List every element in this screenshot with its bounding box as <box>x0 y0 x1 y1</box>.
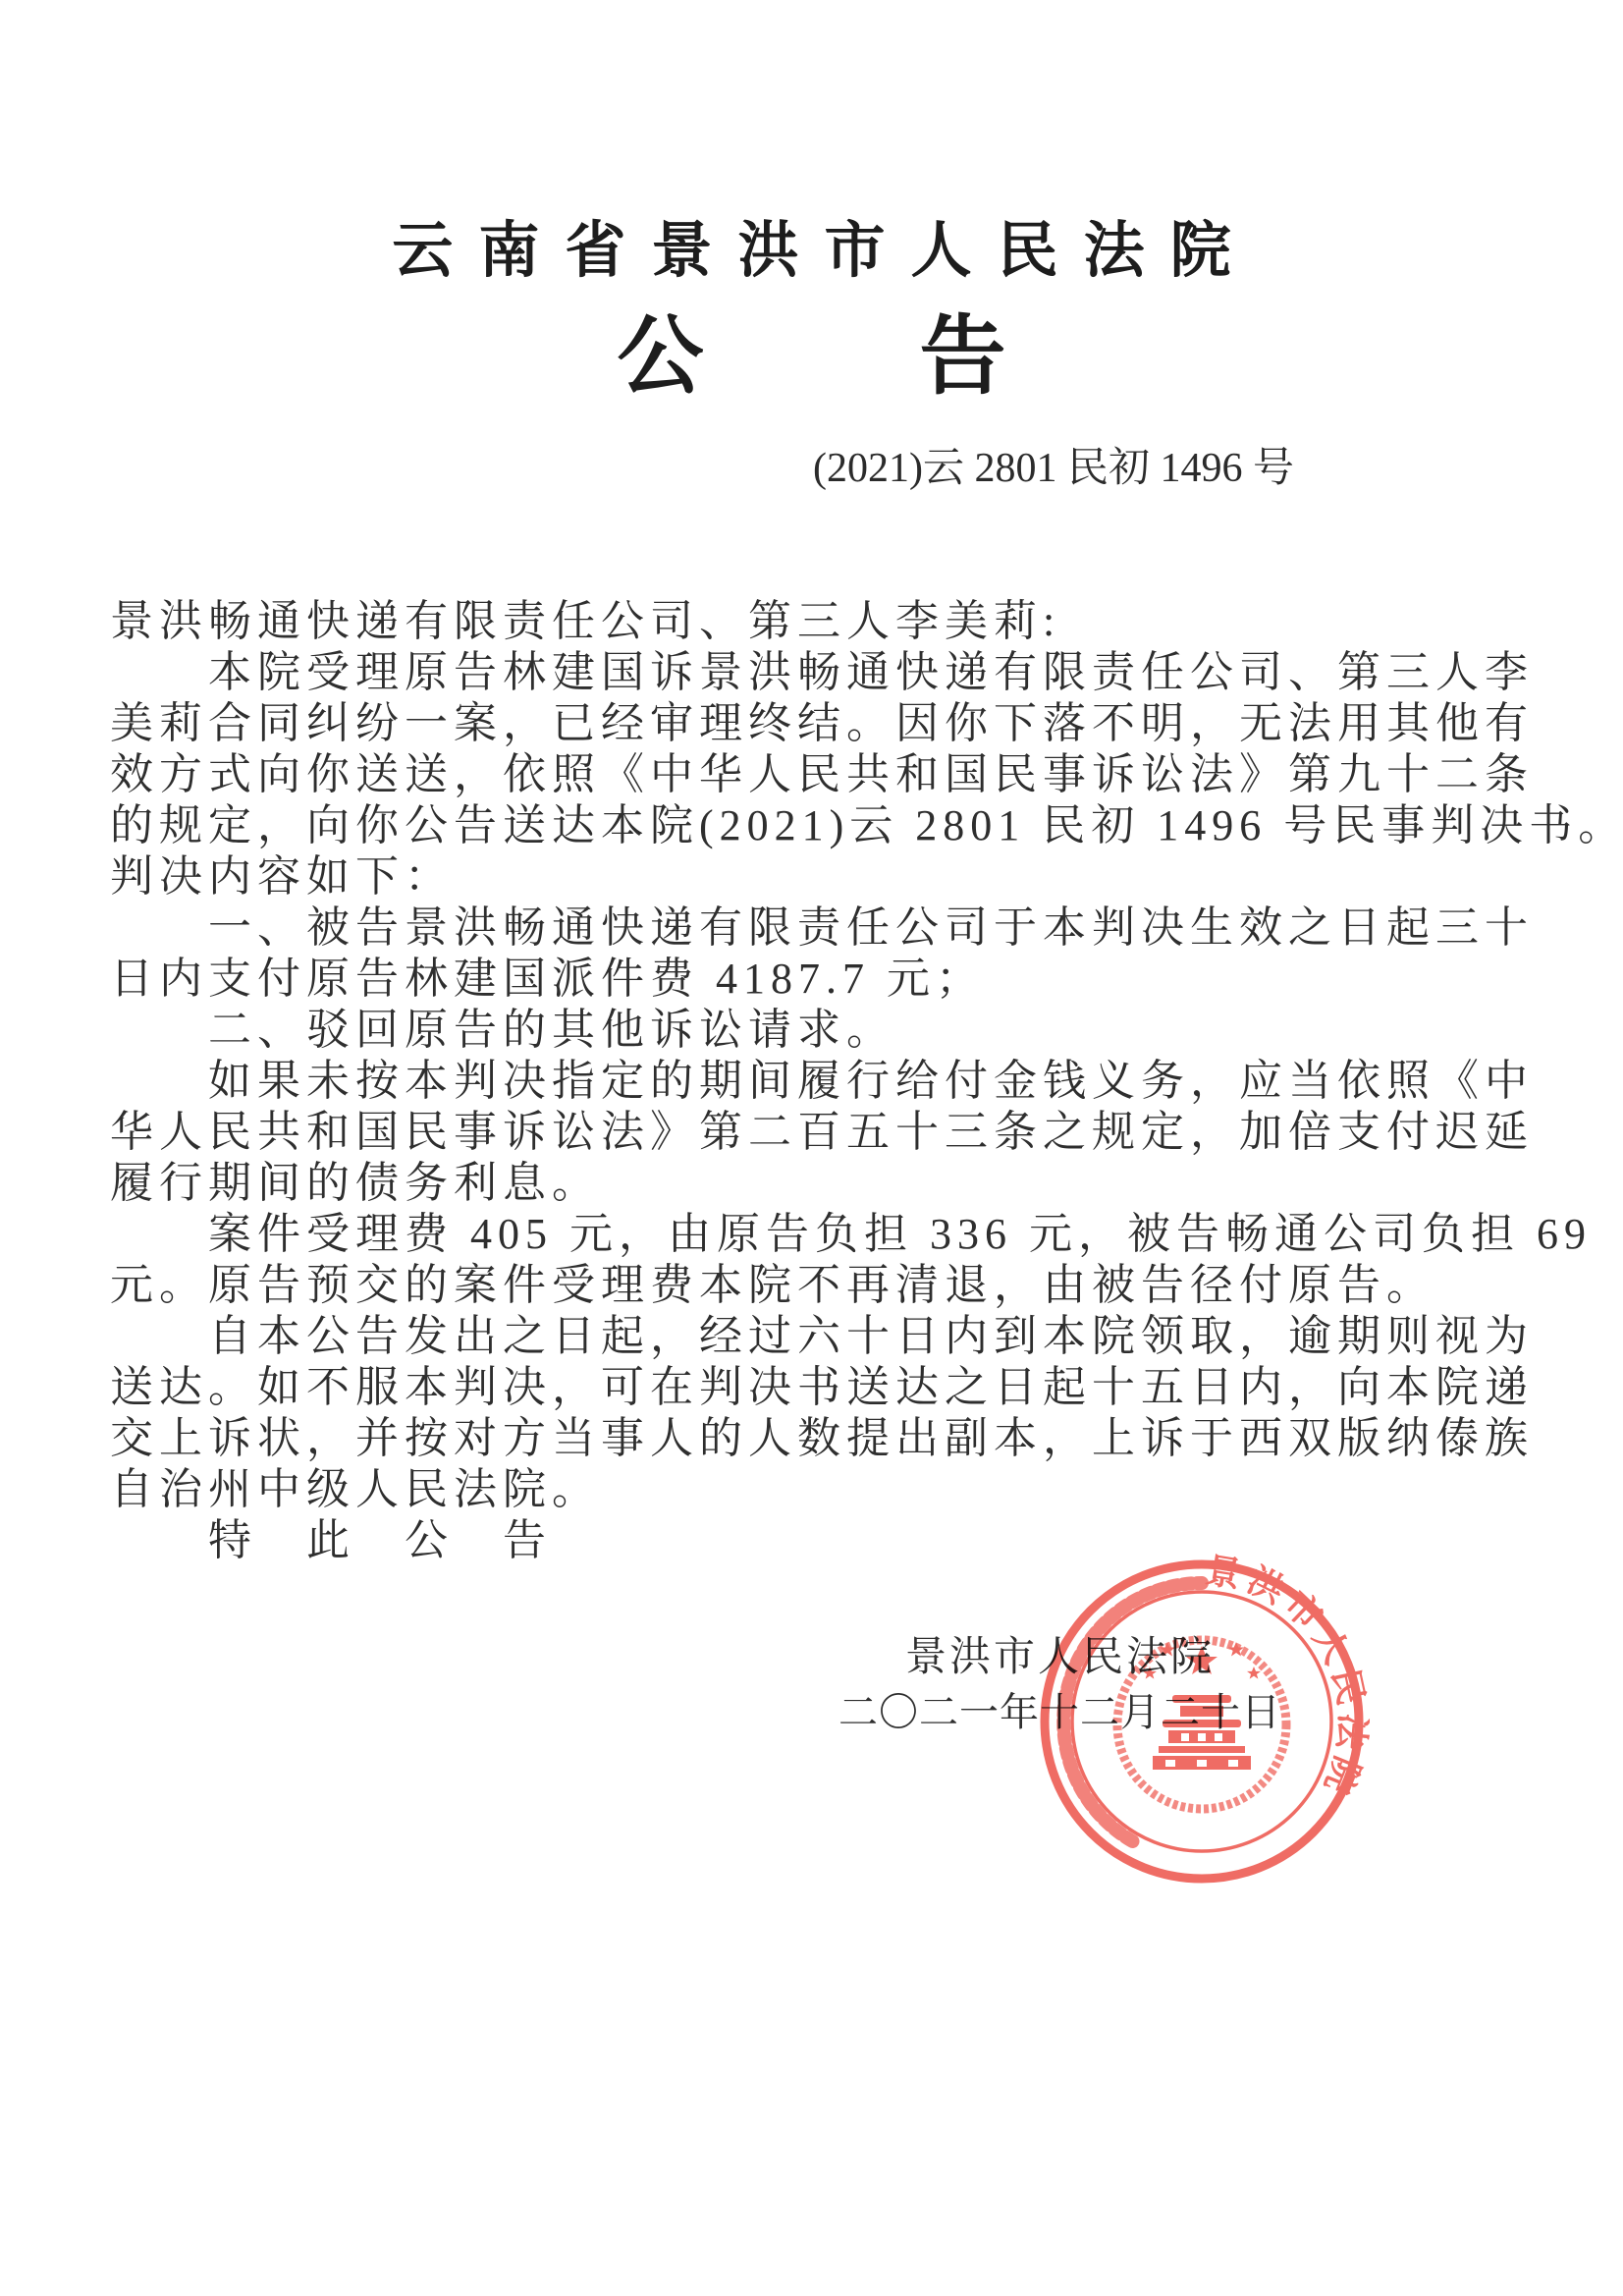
body-line: 送达。如不服本判决，可在判决书送达之日起十五日内，向本院递 <box>110 1362 1543 1413</box>
body-line: 二、驳回原告的其他诉讼请求。 <box>110 1005 1543 1056</box>
body-line: 自本公告发出之日起，经过六十日内到本院领取，逾期则视为 <box>110 1311 1543 1362</box>
body-line: 效方式向你送送，依照《中华人民共和国民事诉讼法》第九十二条 <box>110 749 1543 800</box>
body-line: 自治州中级人民法院。 <box>110 1464 1543 1515</box>
signature-court-name: 景洪市人民法院 <box>839 1630 1281 1685</box>
signature-block: 景洪市人民法院 二〇二一年十二月二十日 <box>839 1630 1281 1740</box>
doc-type-heading: 公 告 <box>0 288 1623 411</box>
body-line: 美莉合同纠纷一案，已经审理终结。因你下落不明，无法用其他有 <box>110 698 1543 749</box>
body-line: 华人民共和国民事诉讼法》第二百五十三条之规定，加倍支付迟延 <box>110 1107 1543 1158</box>
body-line: 景洪畅通快递有限责任公司、第三人李美莉: <box>110 596 1543 647</box>
body-line: 本院受理原告林建国诉景洪畅通快递有限责任公司、第三人李 <box>110 647 1543 698</box>
body-line: 日内支付原告林建国派件费 4187.7 元； <box>110 954 1543 1005</box>
body-line: 一、被告景洪畅通快递有限责任公司于本判决生效之日起三十 <box>110 902 1543 954</box>
case-number: (2021)云 2801 民初 1496 号 <box>813 435 1294 494</box>
body-line: 特 此 公 告 <box>110 1515 1543 1566</box>
signature-date: 二〇二一年十二月二十日 <box>839 1685 1281 1740</box>
body-line: 的规定，向你公告送达本院(2021)云 2801 民初 1496 号民事判决书。 <box>110 800 1543 851</box>
body-line: 交上诉状，并按对方当事人的人数提出副本，上诉于西双版纳傣族 <box>110 1413 1543 1464</box>
body-line: 案件受理费 405 元，由原告负担 336 元，被告畅通公司负担 69 <box>110 1209 1543 1260</box>
body-line: 判决内容如下： <box>110 851 1543 902</box>
body-line: 如果未按本判决指定的期间履行给付金钱义务，应当依照《中 <box>110 1056 1543 1107</box>
court-name-heading: 云南省景洪市人民法院 <box>0 201 1623 289</box>
body-line: 元。原告预交的案件受理费本院不再清退，由被告径付原告。 <box>110 1260 1543 1311</box>
body-line: 履行期间的债务利息。 <box>110 1158 1543 1209</box>
announcement-document-page: 云南省景洪市人民法院 公 告 (2021)云 2801 民初 1496 号 景洪… <box>0 0 1623 2296</box>
announcement-body: 景洪畅通快递有限责任公司、第三人李美莉: 本院受理原告林建国诉景洪畅通快递有限责… <box>110 596 1543 1566</box>
